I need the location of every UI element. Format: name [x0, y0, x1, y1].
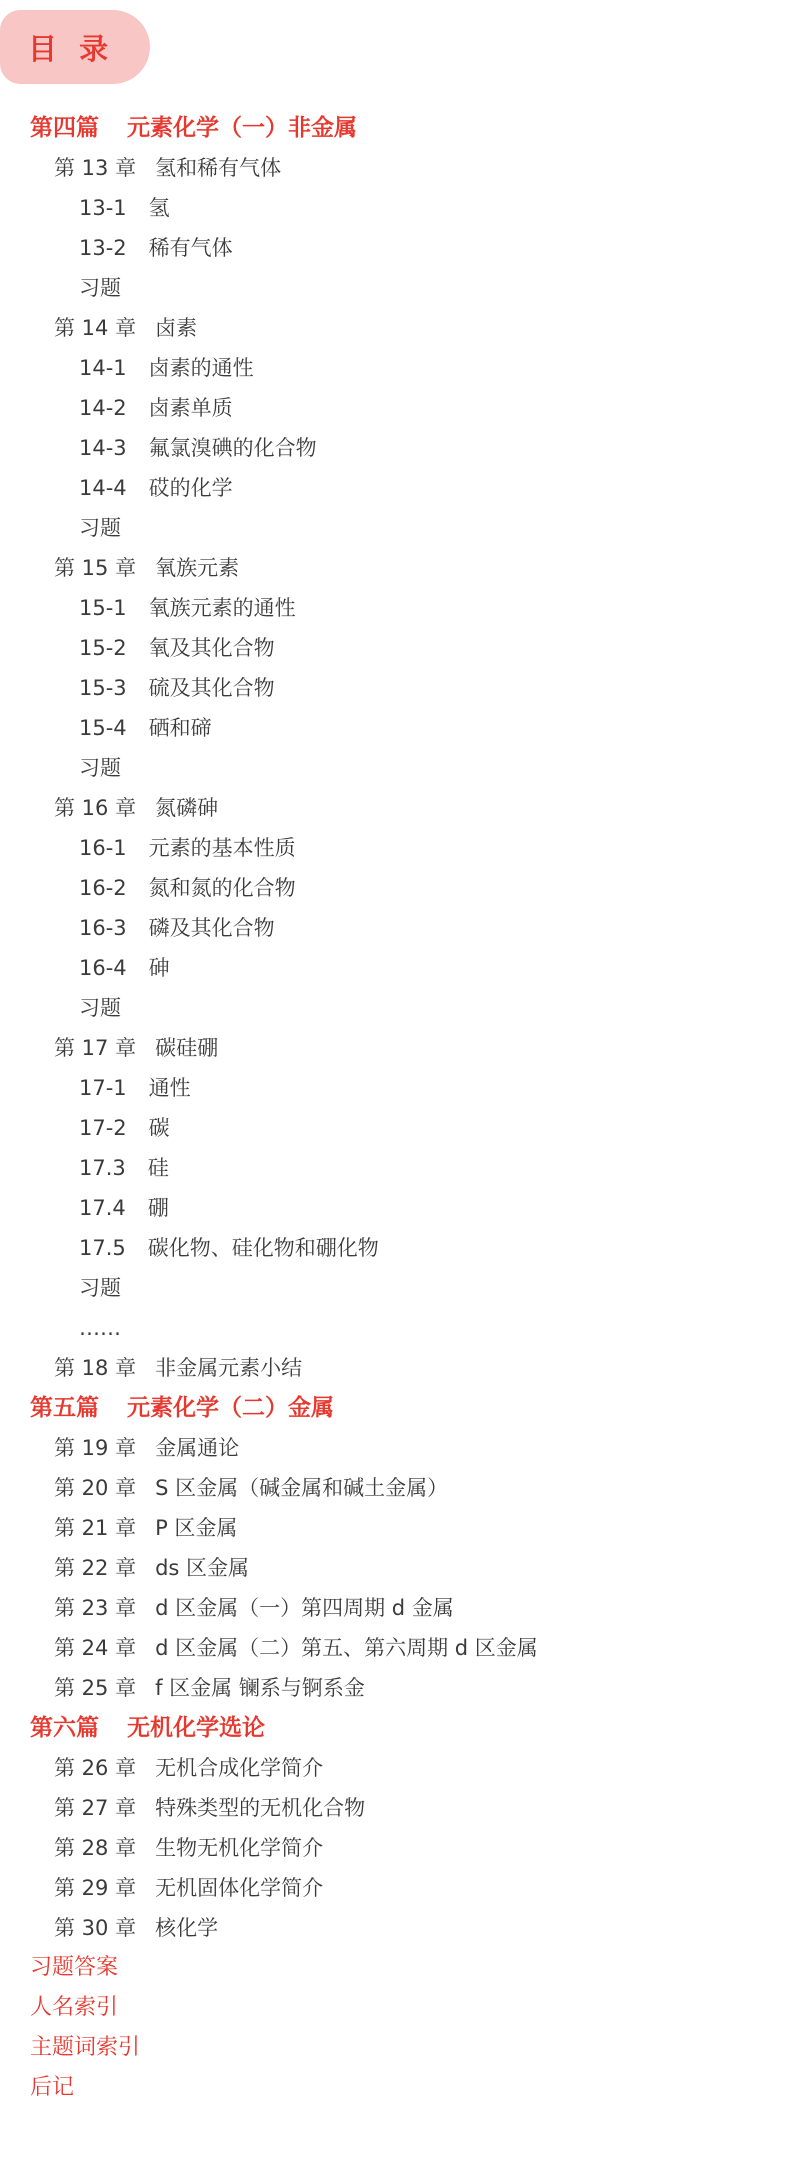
toc-item-number: 15-3	[79, 668, 127, 708]
toc-item-title: ……	[79, 1316, 121, 1340]
toc-section-item: 13-1氢	[0, 188, 790, 228]
toc-exercises-item: 习题	[0, 748, 790, 788]
toc-item-number: 第 22 章	[54, 1548, 136, 1588]
toc-chapter-item: 第 17 章碳硅硼	[0, 1028, 790, 1068]
toc-item-title: 习题	[79, 276, 121, 300]
toc-item-title: 无机化学选论	[127, 1715, 265, 1741]
toc-item-title: 碳化物、硅化物和硼化物	[148, 1236, 379, 1260]
toc-item-title: 砹的化学	[149, 476, 233, 500]
toc-section-item: 13-2稀有气体	[0, 228, 790, 268]
toc-item-number: 17.5	[79, 1228, 126, 1268]
toc-item-title: 氢	[149, 196, 170, 220]
page-title: 目 录	[28, 27, 114, 68]
toc-chapter-item: 第 13 章氢和稀有气体	[0, 148, 790, 188]
toc-chapter-item: 第 28 章生物无机化学简介	[0, 1828, 790, 1868]
toc-section-item: 14-3氟氯溴碘的化合物	[0, 428, 790, 468]
toc-item-title: 卤素的通性	[149, 356, 254, 380]
toc-chapter-item: 第 16 章氮磷砷	[0, 788, 790, 828]
toc-item-title: 无机合成化学简介	[155, 1756, 323, 1780]
toc-chapter-item: 第 14 章卤素	[0, 308, 790, 348]
toc-section-item: 14-2卤素单质	[0, 388, 790, 428]
toc-chapter-item: 第 18 章非金属元素小结	[0, 1348, 790, 1388]
toc-item-number: 第 16 章	[54, 788, 136, 828]
toc-chapter-item: 第 30 章核化学	[0, 1908, 790, 1948]
toc-item-title: d 区金属（一）第四周期 d 金属	[155, 1596, 454, 1620]
toc-section-item: 15-2氧及其化合物	[0, 628, 790, 668]
toc-item-title: 磷及其化合物	[149, 916, 275, 940]
toc-item-title: 习题	[79, 516, 121, 540]
toc-item-number: 16-1	[79, 828, 127, 868]
toc-section-item: 15-4硒和碲	[0, 708, 790, 748]
toc-item-number: 17-2	[79, 1108, 127, 1148]
toc-item-number: 第 13 章	[54, 148, 136, 188]
toc-item-title: ds 区金属	[155, 1556, 249, 1580]
toc-item-title: S 区金属（碱金属和碱土金属）	[155, 1476, 448, 1500]
toc-exercises-item: 习题	[0, 988, 790, 1028]
toc-item-title: 氧及其化合物	[149, 636, 275, 660]
toc-item-title: 硅	[148, 1156, 169, 1180]
toc-section-item: 15-1氧族元素的通性	[0, 588, 790, 628]
toc-item-title: 元素的基本性质	[149, 836, 296, 860]
toc-item-title: 元素化学（二）金属	[127, 1395, 334, 1421]
toc-section-item: 14-1卤素的通性	[0, 348, 790, 388]
toc-item-title: 后记	[30, 2075, 74, 2100]
toc-section-item: 16-2氮和氮的化合物	[0, 868, 790, 908]
toc-chapter-item: 第 19 章金属通论	[0, 1428, 790, 1468]
toc-item-title: 氮和氮的化合物	[149, 876, 296, 900]
toc-section-item: 17.5碳化物、硅化物和硼化物	[0, 1228, 790, 1268]
toc-item-number: 13-1	[79, 188, 127, 228]
toc-section-item: 16-1元素的基本性质	[0, 828, 790, 868]
toc-item-title: 生物无机化学简介	[155, 1836, 323, 1860]
toc-item-number: 第 14 章	[54, 308, 136, 348]
toc-item-number: 第五篇	[30, 1388, 99, 1428]
toc-item-title: 砷	[149, 956, 170, 980]
toc-section-item: 16-3磷及其化合物	[0, 908, 790, 948]
toc-item-title: 稀有气体	[149, 236, 233, 260]
toc-item-title: 硒和碲	[149, 716, 212, 740]
toc-item-title: 氧族元素的通性	[149, 596, 296, 620]
toc-item-number: 13-2	[79, 228, 127, 268]
toc-chapter-item: 第 21 章P 区金属	[0, 1508, 790, 1548]
toc-item-number: 第 18 章	[54, 1348, 136, 1388]
toc-item-number: 第 29 章	[54, 1868, 136, 1908]
toc-item-title: 氟氯溴碘的化合物	[149, 436, 317, 460]
toc-item-title: 金属通论	[155, 1436, 239, 1460]
toc-item-title: 氧族元素	[155, 556, 239, 580]
toc-item-number: 第六篇	[30, 1708, 99, 1748]
toc-item-title: 非金属元素小结	[155, 1356, 302, 1380]
toc-section-item: 17.3硅	[0, 1148, 790, 1188]
toc-chapter-item: 第 27 章特殊类型的无机化合物	[0, 1788, 790, 1828]
toc-item-number: 第 21 章	[54, 1508, 136, 1548]
toc-chapter-item: 第 20 章S 区金属（碱金属和碱土金属）	[0, 1468, 790, 1508]
toc-section-item: 17-2碳	[0, 1108, 790, 1148]
toc-item-title: 核化学	[155, 1916, 218, 1940]
toc-chapter-item: 第 15 章氧族元素	[0, 548, 790, 588]
toc-item-title: 卤素	[155, 316, 197, 340]
toc-item-title: 卤素单质	[149, 396, 233, 420]
toc-list: 第四篇元素化学（一）非金属第 13 章氢和稀有气体13-1氢13-2稀有气体习题…	[0, 108, 790, 2108]
toc-item-title: 碳硅硼	[155, 1036, 218, 1060]
toc-item-number: 第 20 章	[54, 1468, 136, 1508]
toc-item-number: 17-1	[79, 1068, 127, 1108]
toc-item-number: 16-3	[79, 908, 127, 948]
toc-item-number: 14-4	[79, 468, 127, 508]
toc-exercises-item: 习题	[0, 1268, 790, 1308]
toc-part-heading: 第六篇无机化学选论	[0, 1708, 790, 1748]
toc-backmatter-item: 人名索引	[0, 1988, 790, 2028]
toc-chapter-item: 第 26 章无机合成化学简介	[0, 1748, 790, 1788]
toc-section-item: 15-3硫及其化合物	[0, 668, 790, 708]
toc-section-item: 16-4砷	[0, 948, 790, 988]
toc-backmatter-item: 后记	[0, 2068, 790, 2108]
toc-item-title: 人名索引	[30, 1995, 118, 2020]
toc-item-title: P 区金属	[155, 1516, 237, 1540]
toc-item-number: 第 19 章	[54, 1428, 136, 1468]
toc-section-item: 14-4砹的化学	[0, 468, 790, 508]
toc-item-number: 15-1	[79, 588, 127, 628]
toc-item-title: 氢和稀有气体	[155, 156, 281, 180]
toc-item-number: 第 25 章	[54, 1668, 136, 1708]
toc-item-title: 元素化学（一）非金属	[127, 115, 357, 141]
toc-item-title: 习题答案	[30, 1955, 118, 1980]
toc-item-title: 硼	[148, 1196, 169, 1220]
toc-item-title: 通性	[149, 1076, 191, 1100]
toc-item-number: 15-4	[79, 708, 127, 748]
toc-exercises-item: 习题	[0, 268, 790, 308]
toc-backmatter-item: 习题答案	[0, 1948, 790, 1988]
toc-chapter-item: 第 23 章d 区金属（一）第四周期 d 金属	[0, 1588, 790, 1628]
toc-section-item: 17-1通性	[0, 1068, 790, 1108]
toc-section-item: 17.4硼	[0, 1188, 790, 1228]
toc-title-badge: 目 录	[0, 10, 150, 84]
toc-item-number: 16-2	[79, 868, 127, 908]
toc-item-title: 主题词索引	[30, 2035, 140, 2060]
toc-item-number: 第 30 章	[54, 1908, 136, 1948]
toc-chapter-item: 第 25 章f 区金属 镧系与锕系金	[0, 1668, 790, 1708]
toc-item-title: 特殊类型的无机化合物	[155, 1796, 365, 1820]
toc-part-heading: 第五篇元素化学（二）金属	[0, 1388, 790, 1428]
toc-item-number: 第 15 章	[54, 548, 136, 588]
toc-item-title: 硫及其化合物	[149, 676, 275, 700]
toc-item-number: 第四篇	[30, 108, 99, 148]
toc-part-heading: 第四篇元素化学（一）非金属	[0, 108, 790, 148]
toc-item-number: 第 24 章	[54, 1628, 136, 1668]
toc-item-title: f 区金属 镧系与锕系金	[155, 1676, 365, 1700]
toc-item-number: 14-3	[79, 428, 127, 468]
toc-item-number: 16-4	[79, 948, 127, 988]
toc-chapter-item: 第 22 章ds 区金属	[0, 1548, 790, 1588]
toc-chapter-item: 第 24 章d 区金属（二）第五、第六周期 d 区金属	[0, 1628, 790, 1668]
toc-item-title: 无机固体化学简介	[155, 1876, 323, 1900]
toc-ellipsis: ……	[0, 1308, 790, 1348]
toc-item-number: 第 28 章	[54, 1828, 136, 1868]
toc-item-title: 氮磷砷	[155, 796, 218, 820]
toc-item-number: 第 26 章	[54, 1748, 136, 1788]
toc-item-number: 14-1	[79, 348, 127, 388]
toc-item-number: 第 27 章	[54, 1788, 136, 1828]
toc-item-title: d 区金属（二）第五、第六周期 d 区金属	[155, 1636, 538, 1660]
toc-backmatter-item: 主题词索引	[0, 2028, 790, 2068]
toc-item-title: 习题	[79, 996, 121, 1020]
toc-item-number: 15-2	[79, 628, 127, 668]
toc-item-title: 习题	[79, 1276, 121, 1300]
toc-item-number: 第 17 章	[54, 1028, 136, 1068]
toc-item-title: 碳	[149, 1116, 170, 1140]
toc-item-number: 17.4	[79, 1188, 126, 1228]
toc-item-title: 习题	[79, 756, 121, 780]
toc-chapter-item: 第 29 章无机固体化学简介	[0, 1868, 790, 1908]
toc-item-number: 14-2	[79, 388, 127, 428]
toc-item-number: 17.3	[79, 1148, 126, 1188]
toc-item-number: 第 23 章	[54, 1588, 136, 1628]
toc-exercises-item: 习题	[0, 508, 790, 548]
